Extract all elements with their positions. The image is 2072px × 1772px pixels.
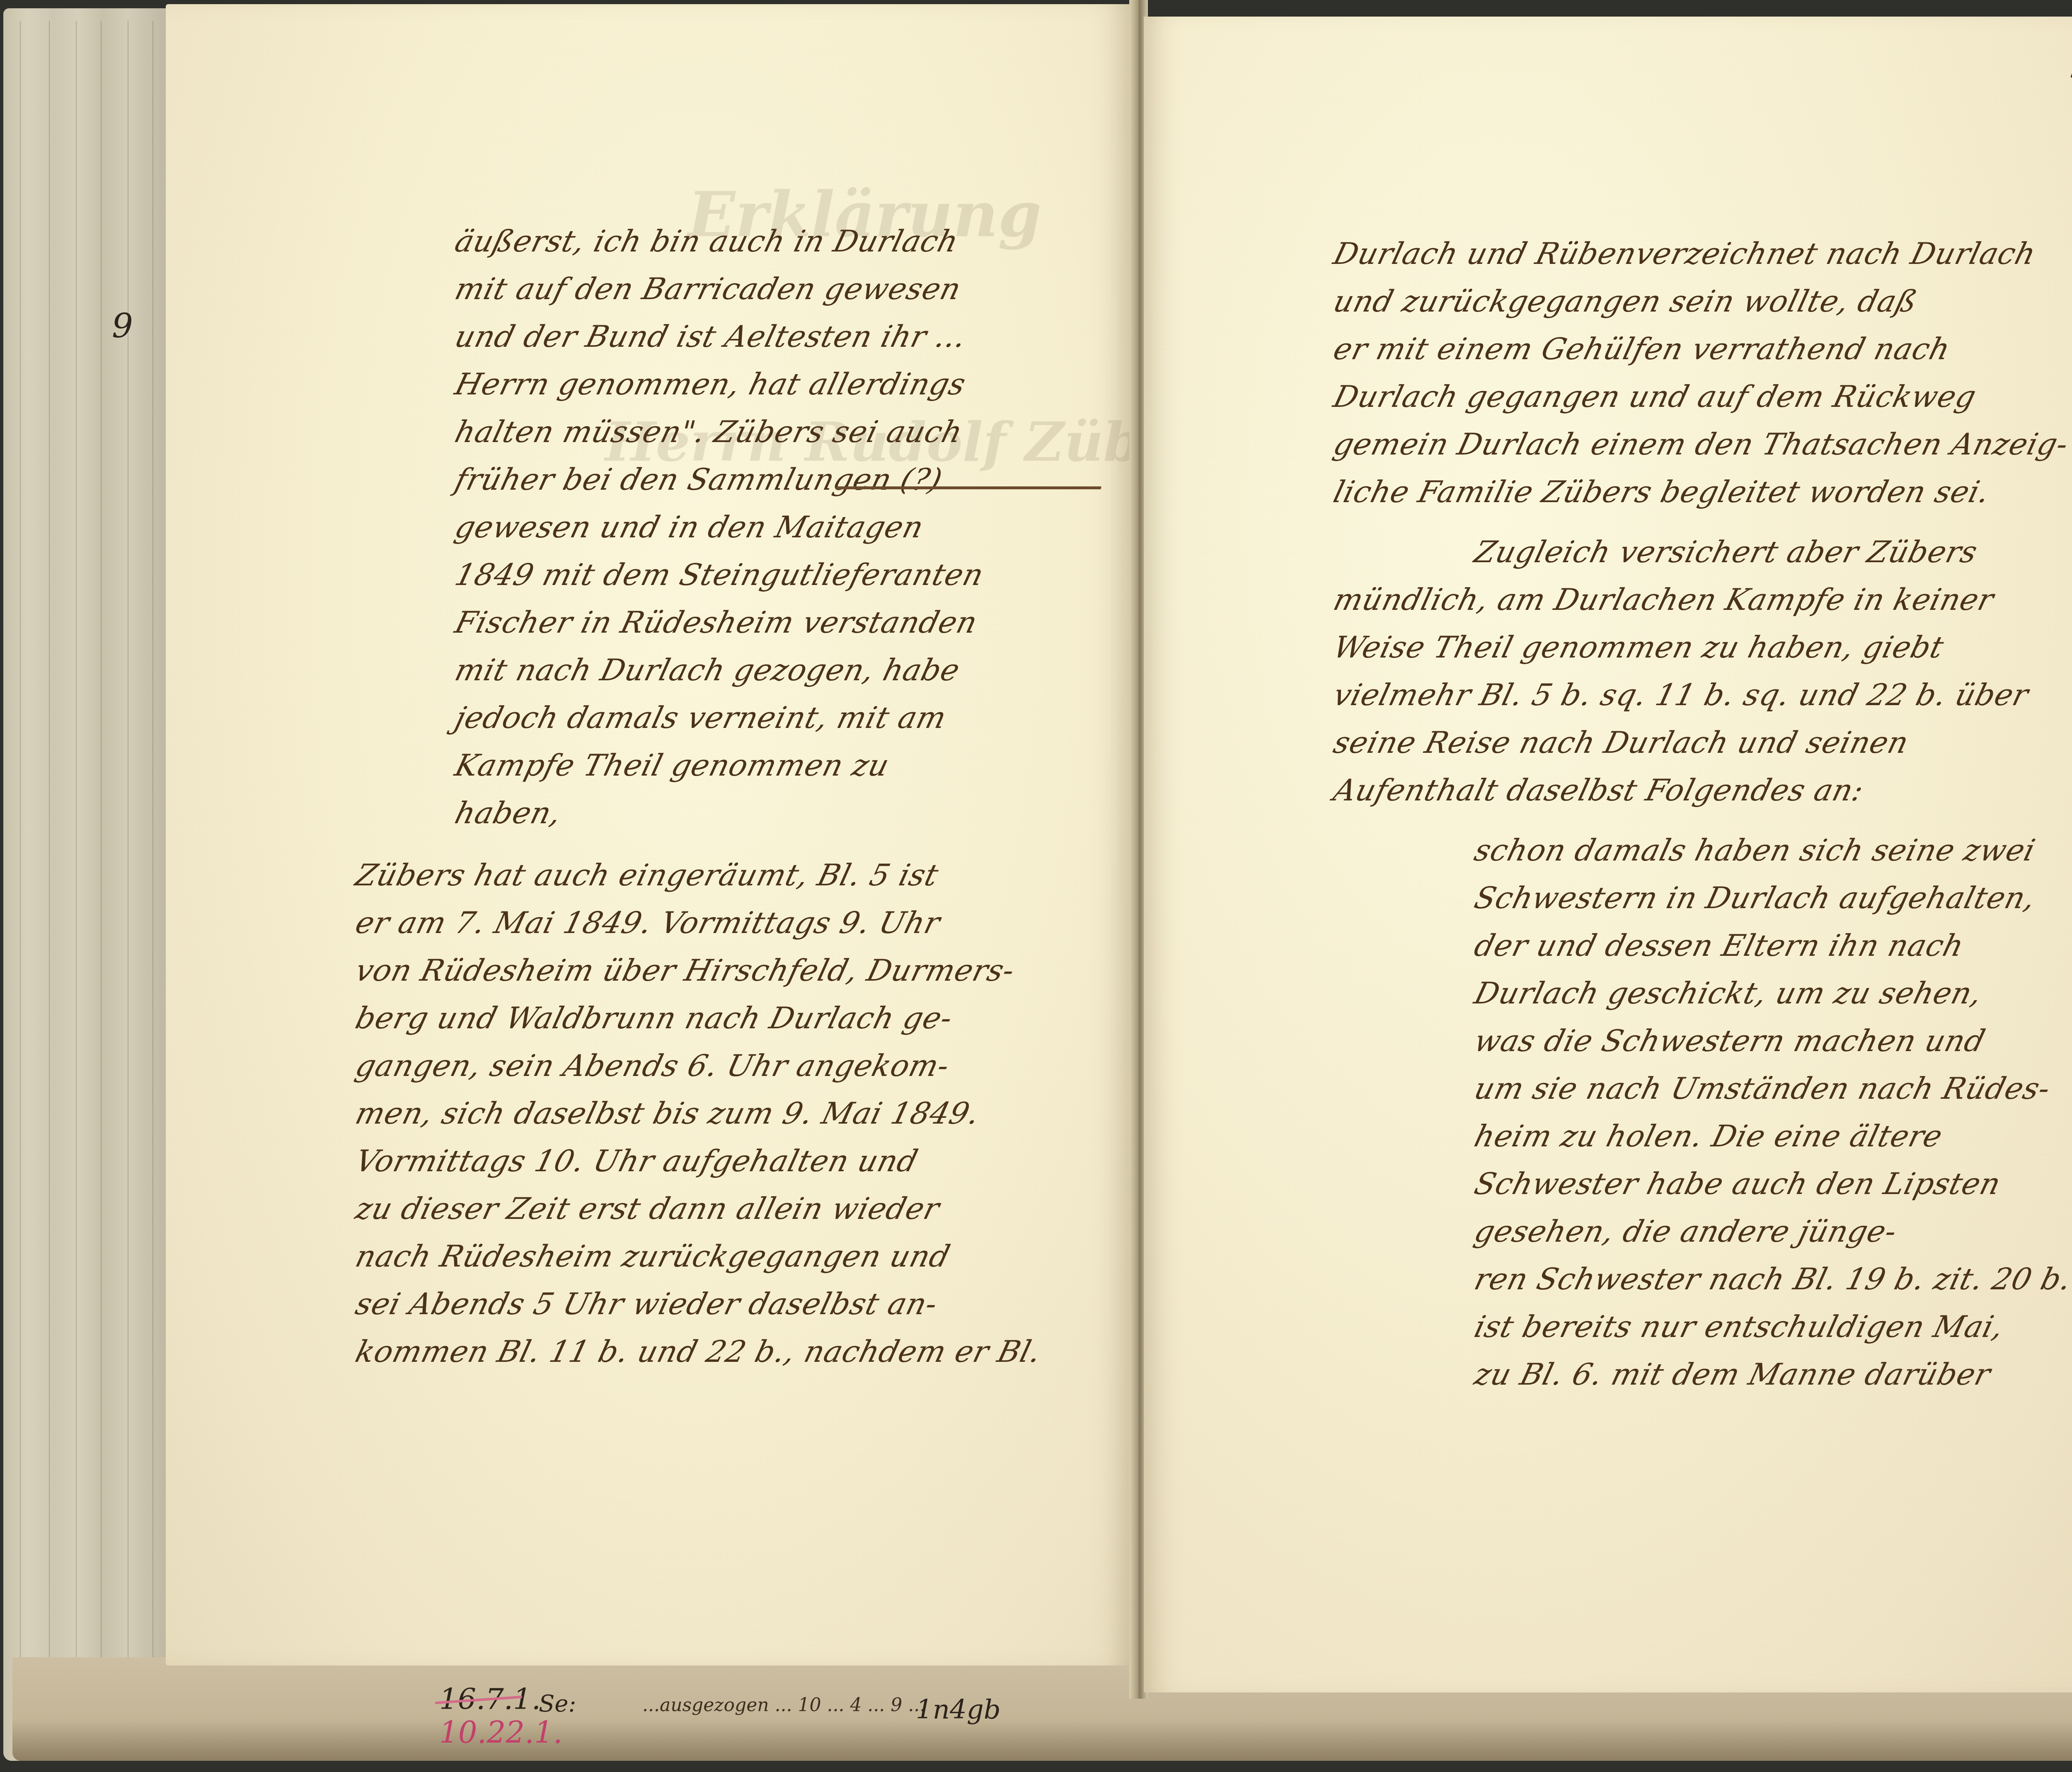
right-line-23: ist bereits nur entschuldigen Mai,: [1471, 1309, 2008, 1344]
right-line-2: und zurückgegangen sein wollte, daß: [1330, 284, 1921, 319]
left-line-23: sei Abends 5 Uhr wieder daselbst an-: [352, 1286, 942, 1321]
page-edge-line: [76, 21, 77, 1748]
right-line-12: Aufenthalt daselbst Folgendes an:: [1330, 773, 1868, 807]
left-line-5: halten müssen". Zübers sei auch: [452, 414, 966, 449]
spine-mark: 9: [112, 307, 133, 345]
left-line-18: gangen, sein Abends 6. Uhr angekom-: [352, 1048, 954, 1083]
left-line-15: er am 7. Mai 1849. Vormittags 9. Uhr: [352, 905, 944, 940]
right-line-14: Schwestern in Durlach aufgehalten,: [1471, 880, 2039, 915]
left-line-4: Herrn genommen, hat allerdings: [452, 367, 970, 401]
left-line-20: Vormittags 10. Uhr aufgehalten und: [352, 1143, 922, 1178]
right-line-17: was die Schwestern machen und: [1471, 1023, 1989, 1058]
bottom-edge-text-right: 1n4gb: [916, 1695, 1001, 1725]
left-line-17: berg und Waldbrunn nach Durlach ge-: [352, 1001, 956, 1035]
left-line-13: haben,: [452, 795, 565, 830]
right-line-13: schon damals haben sich seine zwei: [1471, 833, 2039, 868]
right-line-24: zu Bl. 6. mit dem Manne darüber: [1471, 1357, 1995, 1392]
right-line-20: Schwester habe auch den Lipsten: [1471, 1166, 2005, 1201]
left-line-19: men, sich daselbst bis zum 9. Mai 1849.: [352, 1096, 984, 1131]
left-line-14: Zübers hat auch eingeräumt, Bl. 5 ist: [352, 858, 942, 892]
right-line-5: gemein Durlach einem den Thatsachen Anze…: [1330, 427, 2072, 462]
page-edge-line: [128, 21, 128, 1748]
old-signature-suffix: Se:: [539, 1690, 576, 1717]
page-edge-line: [101, 21, 102, 1748]
left-line-2: mit auf den Barricaden gewesen: [452, 271, 965, 306]
right-line-9: Weise Theil genommen zu haben, giebt: [1330, 630, 1948, 665]
right-line-4: Durlach gegangen und auf dem Rückweg: [1330, 379, 1980, 414]
archive-signature-stamp: 10.22.1.: [439, 1715, 563, 1750]
left-line-7: gewesen und in den Maitagen: [452, 510, 927, 544]
right-line-22: ren Schwester nach Bl. 19 b. zit. 20 b.: [1471, 1262, 2072, 1296]
left-line-9: Fischer in Rüdesheim verstanden: [452, 605, 981, 640]
left-line-24: kommen Bl. 11 b. und 22 b., nachdem er B…: [352, 1334, 1045, 1369]
right-line-6: liche Familie Zübers begleitet worden se…: [1330, 474, 1994, 509]
page-stack: [3, 8, 169, 1761]
right-line-8: mündlich, am Durlachen Kampfe in keiner: [1330, 582, 1998, 617]
left-line-12: Kampfe Theil genommen zu: [452, 748, 893, 783]
underline-mark: [835, 476, 1104, 489]
right-line-21: gesehen, die andere jünge-: [1471, 1214, 1901, 1249]
right-line-19: heim zu holen. Die eine ältere: [1471, 1119, 1946, 1153]
left-line-21: zu dieser Zeit erst dann allein wieder: [352, 1191, 944, 1226]
page-edge-line: [49, 21, 50, 1748]
left-line-16: von Rüdesheim über Hirschfeld, Durmers-: [352, 953, 1019, 988]
left-line-22: nach Rüdesheim zurückgegangen und: [352, 1239, 954, 1274]
bottom-edge-text: ...ausgezogen ... 10 ... 4 ... 9 ...: [642, 1695, 925, 1716]
right-line-16: Durlach geschickt, um zu sehen,: [1471, 976, 1986, 1010]
right-line-15: der und dessen Eltern ihn nach: [1471, 928, 1968, 963]
left-line-1: äußerst, ich bin auch in Durlach: [452, 224, 962, 259]
right-line-1: Durlach und Rübenverzeichnet nach Durlac…: [1330, 236, 2040, 271]
right-line-11: seine Reise nach Durlach und seinen: [1330, 725, 1912, 760]
right-line-3: er mit einem Gehülfen verrathend nach: [1330, 331, 1954, 366]
page-edge-line: [20, 21, 21, 1748]
left-line-3: und der Bund ist Aeltesten ihr ...: [452, 319, 970, 354]
right-line-7: Zugleich versichert aber Zübers: [1471, 534, 1981, 569]
right-line-18: um sie nach Umständen nach Rüdes-: [1471, 1071, 2054, 1106]
page-edge-line: [152, 21, 153, 1748]
left-line-8: 1849 mit dem Steingutlieferanten: [452, 557, 988, 592]
left-line-10: mit nach Durlach gezogen, habe: [452, 653, 964, 687]
left-line-11: jedoch damals verneint, mit am: [452, 700, 950, 735]
right-line-10: vielmehr Bl. 5 b. sq. 11 b. sq. und 22 b…: [1330, 677, 2033, 712]
